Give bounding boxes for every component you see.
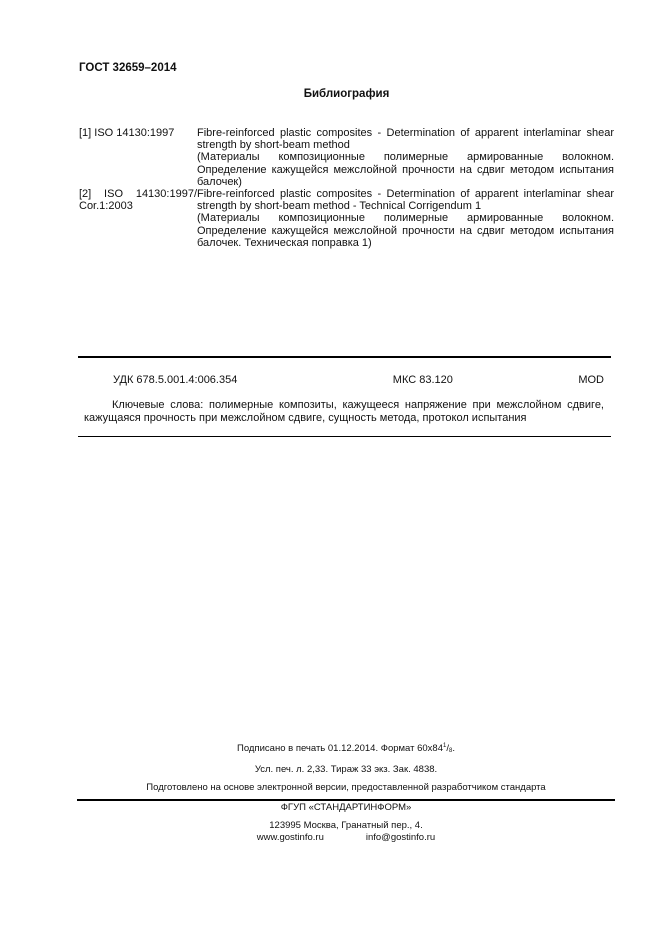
title-en-line: Fibre-reinforced plastic composites - De… [197,188,614,200]
bibliography-list: [1] ISO 14130:1997 Fibre-reinforced plas… [79,127,614,249]
bibliography-entry-1: [1] ISO 14130:1997 Fibre-reinforced plas… [79,127,614,188]
ref-id: [2] ISO 14130:1997/ [79,188,197,200]
ref-id: [1] ISO 14130:1997 [79,127,197,139]
title-ru-line: Определение кажущейся межслойной прочнос… [197,225,614,237]
keywords-line: Ключевые слова: полимерные композиты, ка… [84,399,604,412]
title-en-line: strength by short-beam method [197,139,614,151]
publisher: ФГУП «СТАНДАРТИНФОРМ» [77,802,615,813]
email-link[interactable]: info@gostinfo.ru [366,832,435,843]
format-fraction-num: 1 [443,743,446,749]
signed-suffix: . [452,743,455,754]
title-ru-line: (Материалы композиционные полимерные арм… [197,151,614,163]
udk-code: УДК 678.5.001.4:006.354 [113,374,237,386]
publisher-contacts: www.gostinfo.ru info@gostinfo.ru [77,832,615,843]
keywords-line: кажущаяся прочность при межслойном сдвиг… [84,412,604,425]
title-ru-line: (Материалы композиционные полимерные арм… [197,212,614,224]
divider-top [78,356,611,358]
publisher-address: 123995 Москва, Гранатный пер., 4. [77,820,615,831]
bibliography-text: Fibre-reinforced plastic composites - De… [197,188,614,249]
title-en-line: strength by short-beam method - Technica… [197,200,614,212]
print-info: Усл. печ. л. 2,33. Тираж 33 экз. Зак. 48… [77,764,615,775]
signed-to-print: Подписано в печать 01.12.2014. Формат 60… [77,743,615,754]
bibliography-text: Fibre-reinforced plastic composites - De… [197,127,614,188]
ref-id-cont: Cor.1:2003 [79,200,197,212]
signed-text: Подписано в печать 01.12.2014. Формат 60… [237,743,443,754]
document-number: ГОСТ 32659–2014 [79,62,177,74]
bibliography-ref: [2] ISO 14130:1997/ Cor.1:2003 [79,188,197,249]
title-ru-line: Определение кажущейся межслойной прочнос… [197,164,614,176]
section-title: Библиография [0,88,661,100]
mks-code: МКС 83.120 [393,374,453,386]
title-ru-line: балочек. Техническая поправка 1) [197,237,614,249]
bibliography-entry-2: [2] ISO 14130:1997/ Cor.1:2003 Fibre-rei… [79,188,614,249]
title-en-line: Fibre-reinforced plastic composites - De… [197,127,614,139]
bibliography-ref: [1] ISO 14130:1997 [79,127,197,188]
title-ru-line: балочек) [197,176,614,188]
prepared-note: Подготовлено на основе электронной верси… [77,782,615,793]
divider-bottom [78,436,611,437]
classification-row: УДК 678.5.001.4:006.354 МКС 83.120 MOD [113,374,604,386]
website-link[interactable]: www.gostinfo.ru [257,832,324,843]
footer-divider [77,799,615,801]
keywords: Ключевые слова: полимерные композиты, ка… [84,399,604,425]
correspondence-degree: MOD [578,374,604,386]
